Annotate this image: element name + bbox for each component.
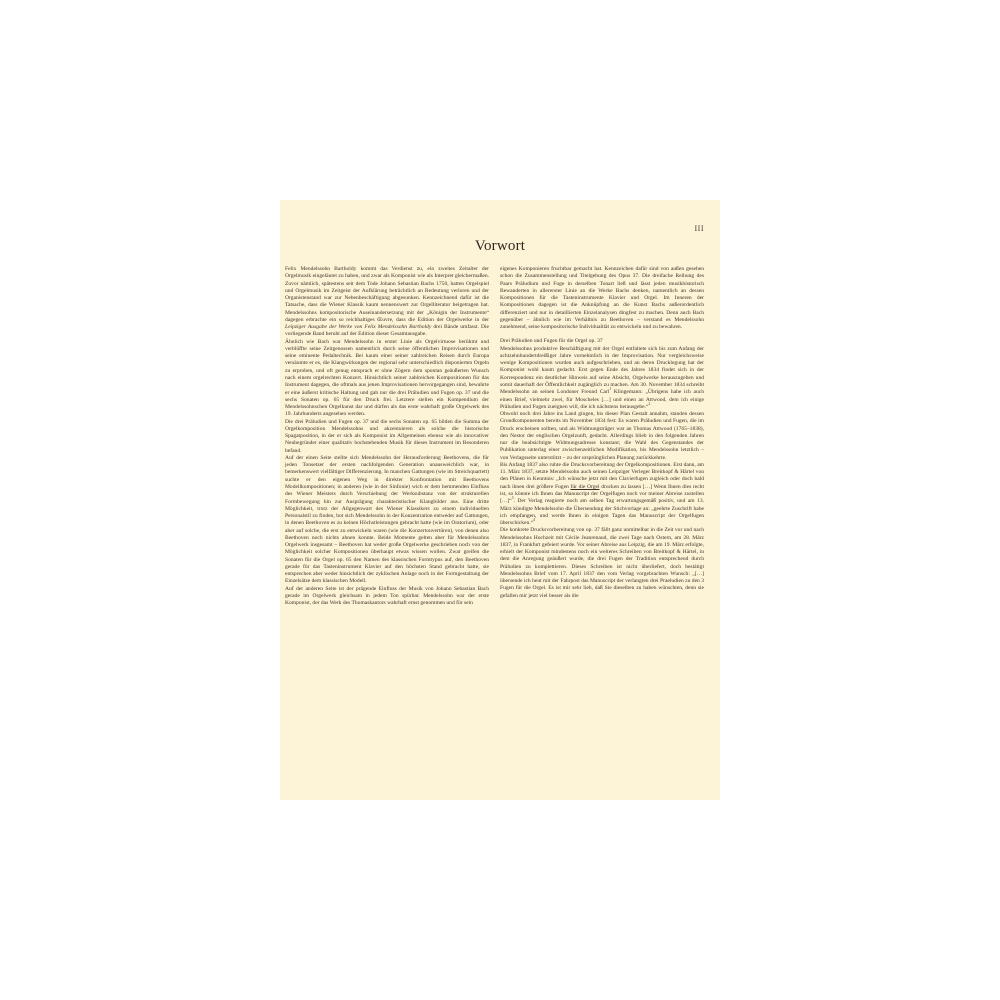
underlined-text: für die Orgel bbox=[570, 484, 599, 490]
edition-title: Leipziger Ausgabe der Werke von Felix Me… bbox=[285, 324, 431, 330]
paragraph-plan: Obwohl noch drei Jahre ins Land gingen, … bbox=[500, 411, 704, 462]
page-number: III bbox=[695, 224, 705, 233]
footnote-marker: 2 bbox=[649, 402, 651, 406]
page-title: Vorwort bbox=[280, 238, 720, 255]
footnote-marker: 4 bbox=[533, 518, 535, 522]
paragraph-production: Mendelssohns produktive Beschäftigung mi… bbox=[500, 346, 704, 411]
paragraph-bach: Auf der anderen Seite ist der prägende E… bbox=[285, 586, 489, 608]
left-column: Felix Mendelssohn Bartholdy kommt das Ve… bbox=[285, 266, 489, 607]
paragraph-virtuoso: Ähnlich wie Bach war Mendelssohn in erst… bbox=[285, 339, 489, 419]
paragraph-text: Mendelssohns produktive Beschäftigung mi… bbox=[500, 346, 704, 396]
paragraph-text: Felix Mendelssohn Bartholdy kommt das Ve… bbox=[285, 266, 489, 323]
section-heading: Drei Präludien und Fugen für die Orgel o… bbox=[500, 338, 704, 345]
paragraph-wedding: Die konkrete Drucksvorbereitung von op. … bbox=[500, 527, 704, 600]
paragraph-intro: Felix Mendelssohn Bartholdy kommt das Ve… bbox=[285, 266, 489, 339]
paragraph-continuation: eigenes Komponieren fruchtbar gemacht ha… bbox=[500, 266, 704, 331]
right-column: eigenes Komponieren fruchtbar gemacht ha… bbox=[500, 266, 704, 600]
paragraph-beethoven: Auf der einen Seite stellte sich Mendels… bbox=[285, 455, 489, 586]
paragraph-text: . Der Verlag reagierte noch am selben Ta… bbox=[500, 498, 704, 526]
paragraph-summa: Die drei Präludien und Fugen op. 37 und … bbox=[285, 419, 489, 455]
paragraph-1837: Bis Anfang 1837 also ruhte die Drucksvor… bbox=[500, 462, 704, 527]
document-page: III Vorwort Felix Mendelssohn Bartholdy … bbox=[280, 200, 720, 800]
